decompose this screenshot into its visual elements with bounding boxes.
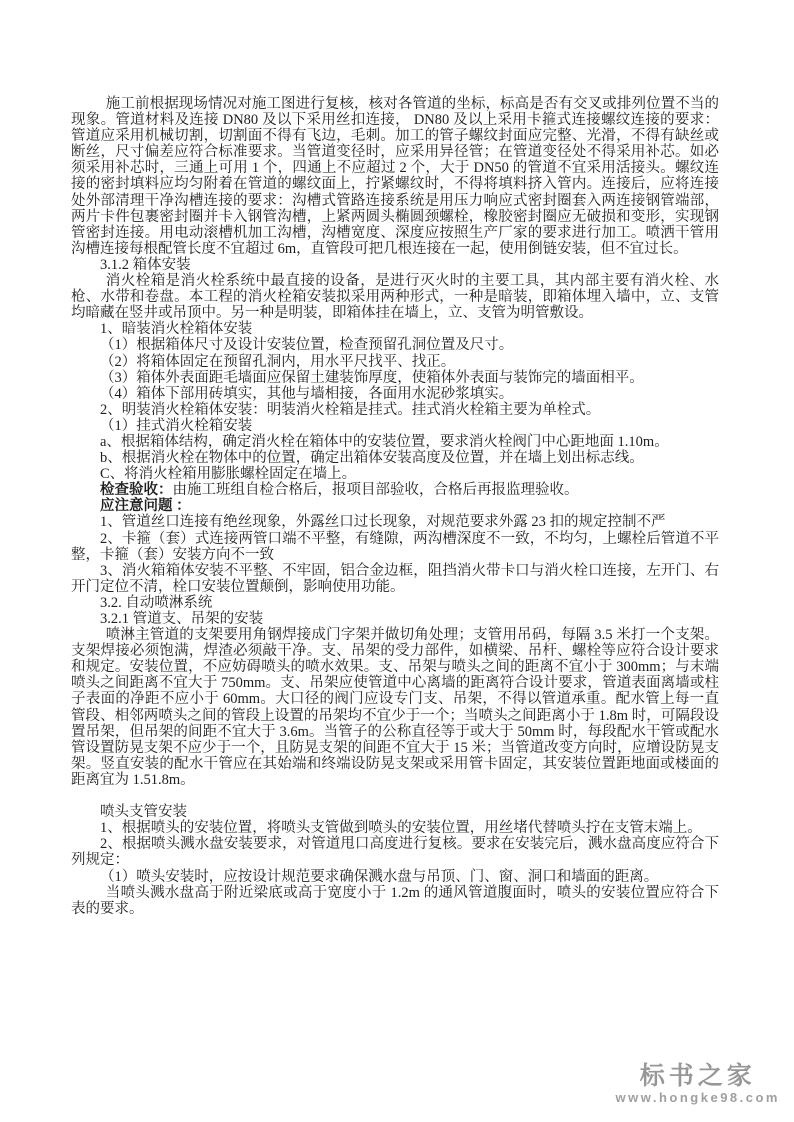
paragraph: 3.2.1 管道支、吊架的安装: [71, 611, 719, 627]
paragraph: 1、暗装消火栓箱体安装: [71, 321, 719, 337]
paragraph: a、根据箱体结构，确定消火栓在箱体中的安装位置，要求消火栓阀门中心距地面 1.1…: [71, 434, 719, 450]
paragraph: （4）箱体下部用砖填实，其他与墙相接，各面用水泥砂浆填实。: [71, 386, 719, 402]
watermark: 标书之家 www.hongke98.com: [616, 1062, 781, 1106]
paragraph: 3.1.2 箱体安装: [71, 257, 719, 273]
paragraph: 3、消火箱箱体安装不平整、不牢固，铝合金边框，阻挡消火带卡口与消火栓口连接，左开…: [71, 563, 719, 595]
paragraph: 1、管道丝口连接有绝丝现象，外露丝口过长现象，对规范要求外露 23 扣的规定控制…: [71, 514, 719, 530]
paragraph: （3）箱体外表面距毛墙面应保留土建装饰厚度，使箱体外表面与装饰完的墙面相平。: [71, 370, 719, 386]
watermark-logo-text: 标书之家: [616, 1062, 781, 1090]
bold-label: 检查验收：: [100, 482, 173, 498]
paragraph: （1）喷头安装时，应按设计规范要求确保溅水盘与吊顶、门、窗、洞口和墙面的距离。: [71, 869, 719, 885]
paragraph: 施工前根据现场情况对施工图进行复核，核对各管道的坐标，标高是否有交叉或排列位置不…: [71, 96, 719, 257]
paragraph: C、将消火栓箱用膨胀螺栓固定在墙上。: [71, 466, 719, 482]
paragraph: 喷头支管安装: [71, 804, 719, 820]
paragraph: 2、根据喷头溅水盘安装要求，对管道甩口高度进行复核。要求在安装完后，溅水盘高度应…: [71, 836, 719, 868]
watermark-url: www.hongke98.com: [616, 1090, 781, 1106]
paragraph: 1、根据喷头的安装位置，将喷头支管做到喷头的安装位置，用丝堵代替喷头拧在支管末端…: [71, 820, 719, 836]
paragraph: （1）根据箱体尺寸及设计安装位置，检查预留孔洞位置及尺寸。: [71, 337, 719, 353]
paragraph: 2、卡箍（套）式连接两管口端不平整，有缝隙，两沟槽深度不一致，不均匀，上螺栓后管…: [71, 531, 719, 563]
paragraph: 应注意问题 ：: [71, 498, 719, 514]
paragraph: 喷淋主管道的支架要用角钢焊接成门字架并做切角处理；支管用吊码，每隔 3.5 米打…: [71, 627, 719, 788]
bold-label: 应注意问题 ：: [100, 498, 191, 514]
paragraph: 当喷头溅水盘高于附近梁底或高于宽度小于 1.2m 的通风管道腹面时，喷头的安装位…: [71, 885, 719, 917]
paragraph: 3.2. 自动喷淋系统: [71, 595, 719, 611]
document-page: 施工前根据现场情况对施工图进行复核，核对各管道的坐标，标高是否有交叉或排列位置不…: [0, 0, 794, 1122]
paragraph: 检查验收：由施工班组自检合格后，报项目部验收，合格后再报监理验收。: [71, 482, 719, 498]
document-body: 施工前根据现场情况对施工图进行复核，核对各管道的坐标，标高是否有交叉或排列位置不…: [71, 96, 719, 917]
paragraph: 2、明装消火栓箱体安装：明装消火栓箱是挂式。挂式消火栓箱主要为单栓式。: [71, 402, 719, 418]
paragraph: （1）挂式消火栓箱安装: [71, 418, 719, 434]
blank-line: [71, 788, 719, 804]
paragraph: 消火栓箱是消火栓系统中最直接的设备，是进行灭火时的主要工具，其内部主要有消火栓、…: [71, 273, 719, 321]
paragraph: b、根据消火栓在物体中的位置，确定出箱体安装高度及位置，并在墙上划出标志线。: [71, 450, 719, 466]
paragraph: （2）将箱体固定在预留孔洞内，用水平尺找平、找正。: [71, 354, 719, 370]
